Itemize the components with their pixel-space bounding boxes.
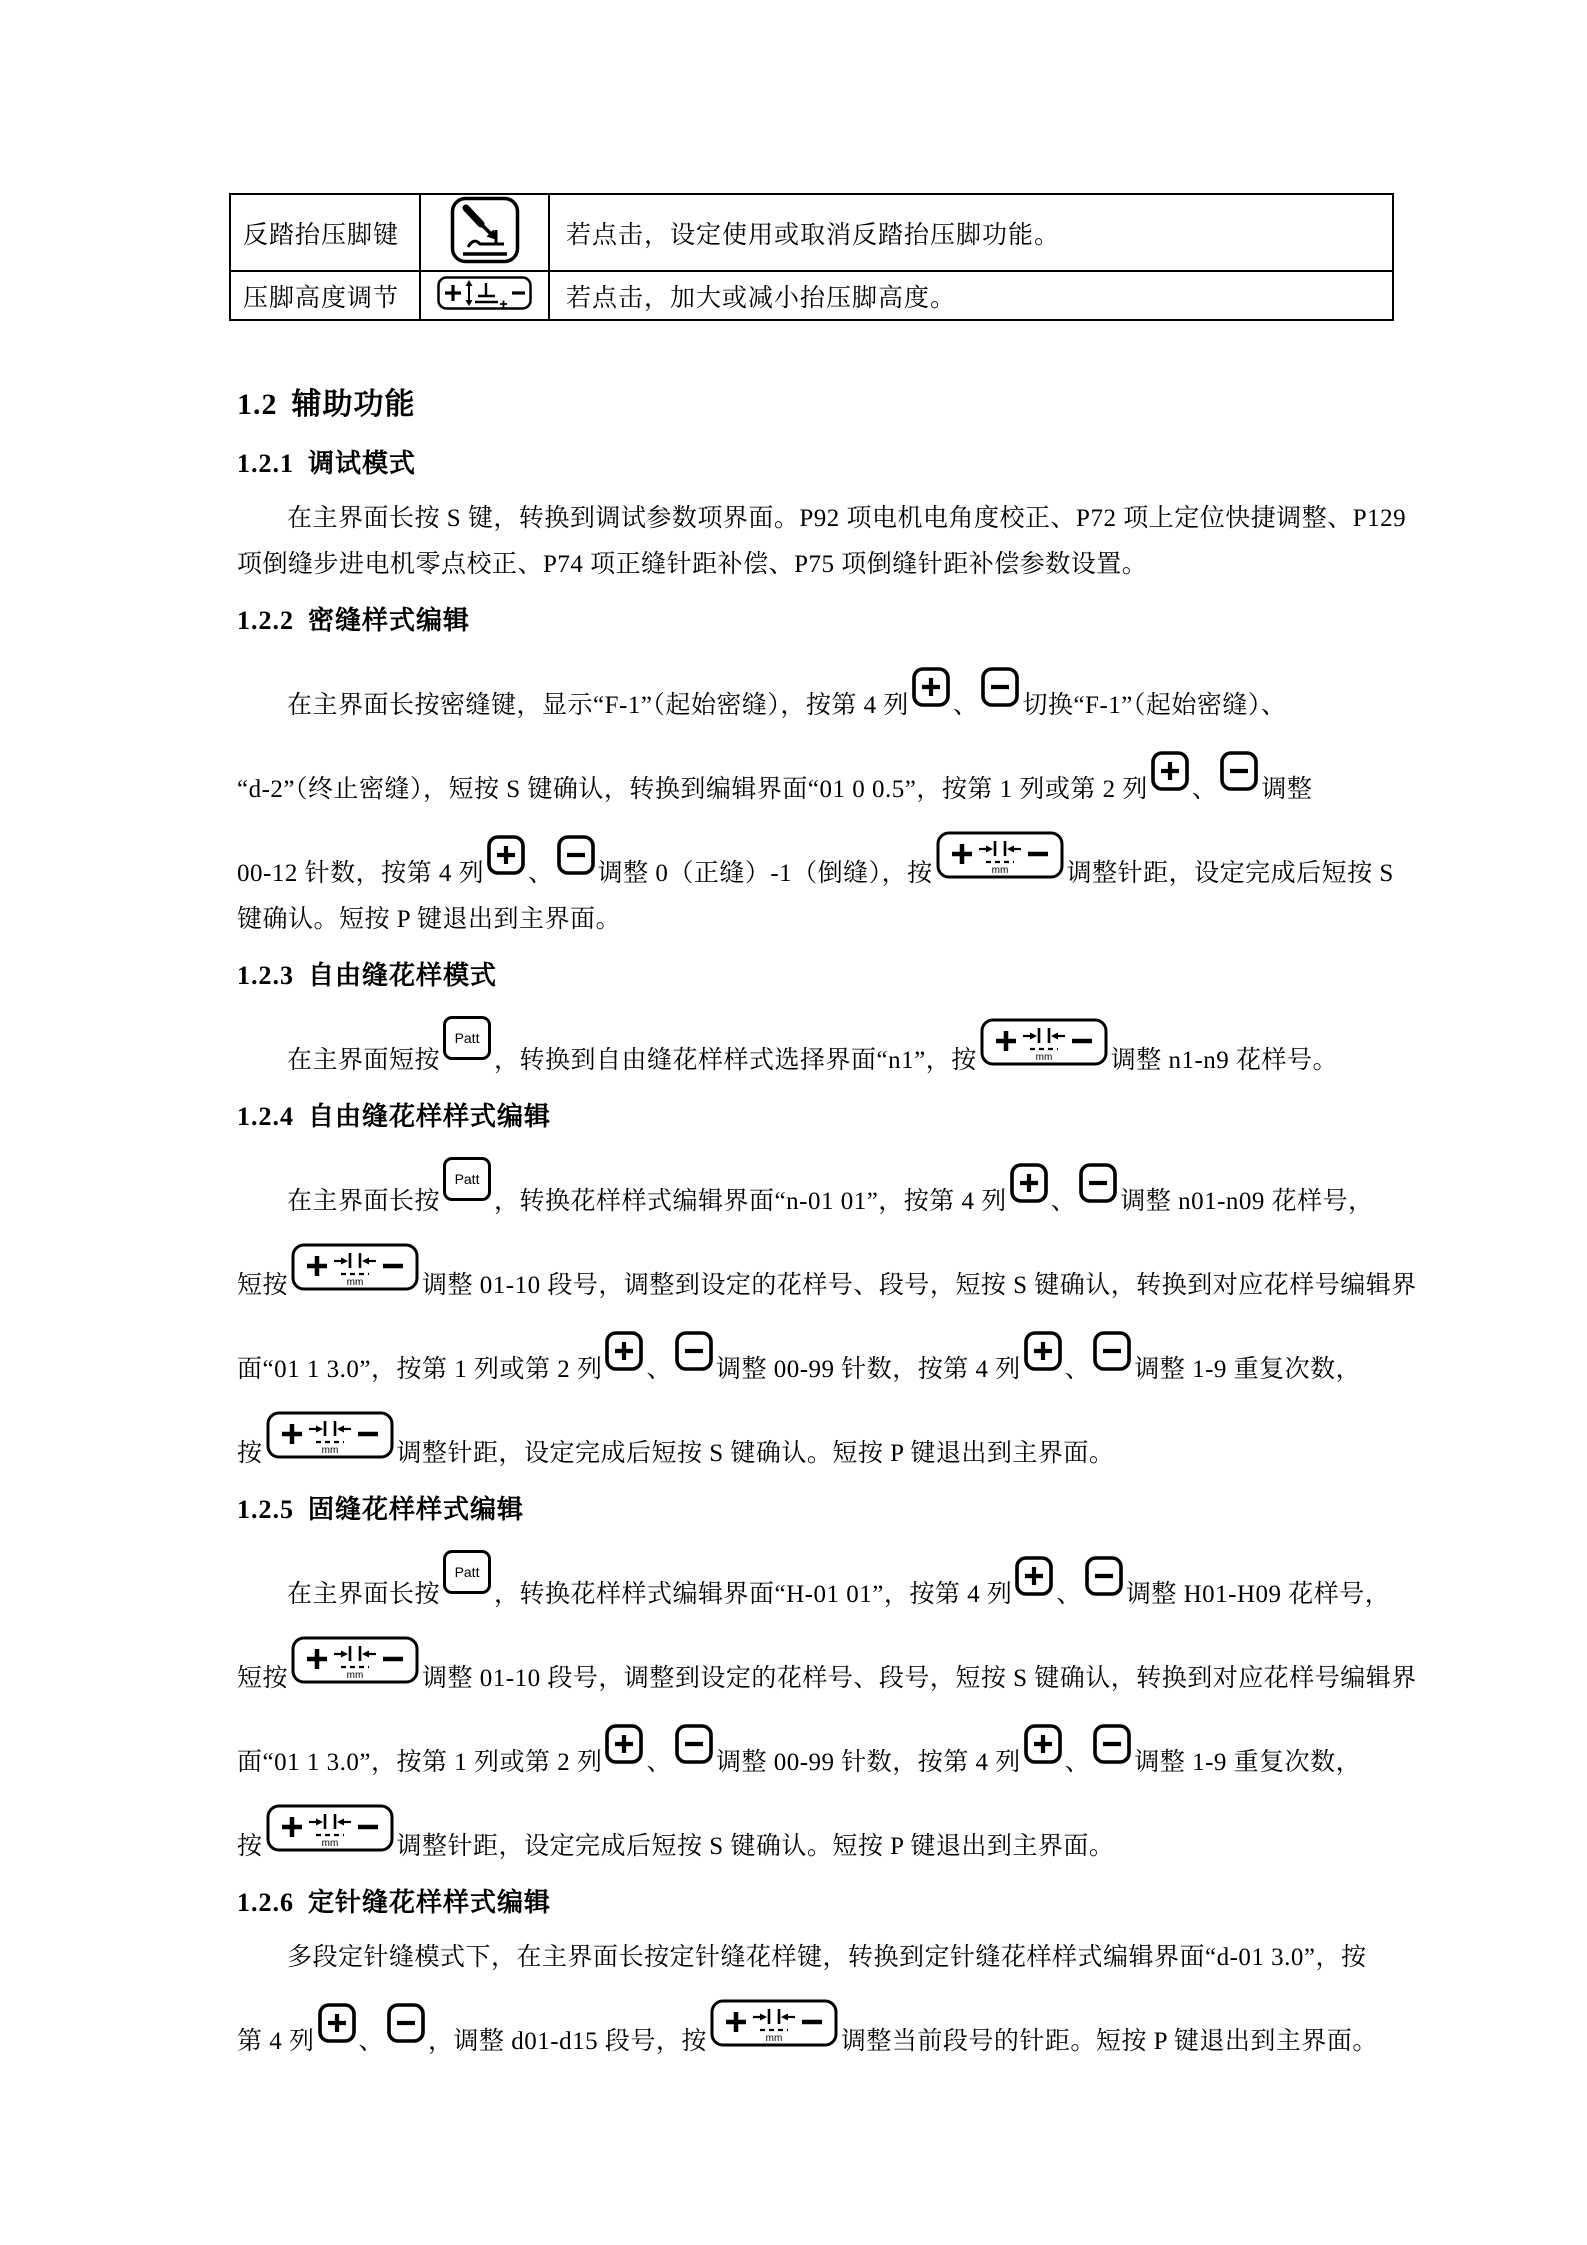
minus-icon — [1093, 1331, 1131, 1371]
text-line: 键确认。短按 P 键退出到主界面。 — [237, 889, 1587, 935]
plus-icon — [1024, 1724, 1062, 1764]
pattern-key-button[interactable]: Patt — [443, 1016, 491, 1060]
text-run: 调整针距，设定完成后短按 S 键确认。短按 P 键退出到主界面。 — [397, 1439, 1115, 1469]
subsection-title: 1.2.4自由缝花样样式编辑 — [237, 1096, 1587, 1133]
subsection-number: 1.2.6 — [237, 1888, 294, 1917]
text-run: 、 — [646, 1748, 672, 1778]
plus-icon — [1010, 1163, 1048, 1203]
minus-key-button[interactable] — [1093, 1724, 1131, 1764]
subsection-heading: 固缝花样样式编辑 — [308, 1495, 524, 1524]
mm-unit-label: mm — [321, 1445, 338, 1456]
stitch-length-icon: mm — [291, 1243, 419, 1291]
subsection-number: 1.2.4 — [237, 1102, 294, 1131]
pattern-key-label: Patt — [455, 1565, 480, 1579]
text-run: 短按 — [237, 1664, 288, 1694]
plus-icon — [912, 667, 950, 707]
minus-key-button[interactable] — [675, 1331, 713, 1371]
text-run: 、 — [1065, 1748, 1091, 1778]
text-line: 短按 mm 调整 01-10 段号，调整到设定的花样号、段号，短按 S 键确认，… — [237, 1217, 1587, 1301]
text-run: 在主界面短按 — [287, 1046, 440, 1076]
subsection-heading: 自由缝花样样式编辑 — [308, 1102, 551, 1131]
text-run: 在主界面长按 — [287, 1580, 440, 1610]
stitch-length-icon: mm — [710, 1999, 838, 2047]
text-run: 按 — [237, 1439, 263, 1469]
text-run: 调整 1-9 重复次数， — [1134, 1748, 1361, 1778]
text-run: “d-2”（终止密缝），短按 S 键确认，转换到编辑界面“01 0 0.5”，按… — [237, 775, 1148, 805]
mm-unit-label: mm — [347, 1670, 364, 1681]
key-name-cell: 反踏抬压脚键 — [230, 194, 420, 271]
text-line: “d-2”（终止密缝），短按 S 键确认，转换到编辑界面“01 0 0.5”，按… — [237, 721, 1587, 805]
plus-key-button[interactable] — [1024, 1724, 1062, 1764]
stitch-length-key-button[interactable]: mm — [266, 1411, 394, 1459]
section-heading: 辅助功能 — [292, 388, 416, 421]
subsection-title: 1.2.5固缝花样样式编辑 — [237, 1489, 1587, 1526]
subsection-heading: 自由缝花样模式 — [308, 961, 497, 990]
stitch-length-key-button[interactable]: mm — [291, 1243, 419, 1291]
subsection-heading: 定针缝花样样式编辑 — [308, 1888, 551, 1917]
subsection-title: 1.2.2密缝样式编辑 — [237, 600, 1587, 637]
minus-key-button[interactable] — [557, 835, 595, 875]
table-row: 反踏抬压脚键 若点击，设定使用或取消反踏抬压脚功能。 — [230, 194, 1393, 271]
mm-unit-label: mm — [347, 1277, 364, 1288]
text-run: 切换“F-1”（起始密缝）、 — [1022, 691, 1286, 721]
stitch-length-icon: mm — [266, 1411, 394, 1459]
section-number: 1.2 — [237, 388, 278, 421]
text-line: 在主界面长按Patt，转换花样样式编辑界面“H-01 01”，按第 4 列、调整… — [237, 1526, 1587, 1610]
text-run: 短按 — [237, 1271, 288, 1301]
plus-icon — [1015, 1556, 1053, 1596]
subsection-body: 在主界面长按密缝键，显示“F-1”（起始密缝），按第 4 列、切换“F-1”（起… — [237, 637, 1587, 935]
text-run: ，转换花样样式编辑界面“n-01 01”，按第 4 列 — [494, 1187, 1007, 1217]
text-line: 面“01 1 3.0”，按第 1 列或第 2 列、调整 00-99 针数，按第 … — [237, 1301, 1587, 1385]
subsection-title: 1.2.6定针缝花样样式编辑 — [237, 1882, 1587, 1919]
text-line: 在主界面长按Patt，转换花样样式编辑界面“n-01 01”，按第 4 列、调整… — [237, 1133, 1587, 1217]
text-run: 、 — [1192, 775, 1218, 805]
minus-icon — [557, 835, 595, 875]
text-run: 调整 01-10 段号，调整到设定的花样号、段号，短按 S 键确认，转换到对应花… — [422, 1664, 1417, 1694]
text-run: 调整针距，设定完成后短按 S 键确认。短按 P 键退出到主界面。 — [397, 1832, 1115, 1862]
text-run: 调整 00-99 针数，按第 4 列 — [716, 1748, 1021, 1778]
minus-icon — [675, 1724, 713, 1764]
plus-key-button[interactable] — [1015, 1556, 1053, 1596]
text-run: ，调整 d01-d15 段号，按 — [428, 2027, 707, 2057]
minus-key-button[interactable] — [1220, 751, 1258, 791]
text-line: 短按 mm 调整 01-10 段号，调整到设定的花样号、段号，短按 S 键确认，… — [237, 1610, 1587, 1694]
subsections: 1.2.1调试模式在主界面长按 S 键，转换到调试参数项界面。P92 项电机电角… — [229, 443, 1587, 2057]
subsection-body: 在主界面长按Patt，转换花样样式编辑界面“n-01 01”，按第 4 列、调整… — [237, 1133, 1587, 1469]
text-run: 、 — [646, 1355, 672, 1385]
text-run: 调整 00-99 针数，按第 4 列 — [716, 1355, 1021, 1385]
text-run: 在主界面长按密缝键，显示“F-1”（起始密缝），按第 4 列 — [287, 691, 909, 721]
subsection-number: 1.2.5 — [237, 1495, 294, 1524]
plus-key-button[interactable] — [1151, 751, 1189, 791]
minus-icon — [1093, 1724, 1131, 1764]
text-run: 项倒缝步进电机零点校正、P74 项正缝针距补偿、P75 项倒缝针距补偿参数设置。 — [237, 550, 1147, 580]
key-icon-cell — [420, 271, 549, 320]
text-run: 调整 n01-n09 花样号， — [1120, 1187, 1373, 1217]
pattern-key-label: Patt — [455, 1031, 480, 1045]
mm-unit-label: mm — [991, 865, 1008, 876]
text-run: 多段定针缝模式下，在主界面长按定针缝花样键，转换到定针缝花样样式编辑界面“d-0… — [287, 1943, 1367, 1973]
minus-icon — [387, 2003, 425, 2043]
subsection-number: 1.2.2 — [237, 606, 294, 635]
minus-key-button[interactable] — [1079, 1163, 1117, 1203]
text-run: 在主界面长按 — [287, 1187, 440, 1217]
minus-icon — [1079, 1163, 1117, 1203]
key-icon-cell — [420, 194, 549, 271]
plus-key-button[interactable] — [487, 835, 525, 875]
table-row: 压脚高度调节 若点击，加大或减小抬压脚高度。 — [230, 271, 1393, 320]
minus-icon — [1085, 1556, 1123, 1596]
minus-icon — [675, 1331, 713, 1371]
stitch-length-key-button[interactable]: mm — [266, 1804, 394, 1852]
stitch-length-key-button[interactable]: mm — [936, 831, 1064, 879]
plus-key-button[interactable] — [605, 1331, 643, 1371]
plus-key-button[interactable] — [605, 1724, 643, 1764]
stitch-length-icon: mm — [980, 1018, 1108, 1066]
plus-key-button[interactable] — [318, 2003, 356, 2043]
text-run: 调整 1-9 重复次数， — [1134, 1355, 1361, 1385]
mm-unit-label: mm — [1035, 1052, 1052, 1063]
text-run: 调整 H01-H09 花样号， — [1126, 1580, 1390, 1610]
text-run: 面“01 1 3.0”，按第 1 列或第 2 列 — [237, 1355, 602, 1385]
text-line: 在主界面短按Patt，转换到自由缝花样样式选择界面“n1”，按 mm 调整 n1… — [237, 992, 1587, 1076]
pattern-key-label: Patt — [455, 1172, 480, 1186]
plus-key-button[interactable] — [1010, 1163, 1048, 1203]
plus-icon — [605, 1331, 643, 1371]
mm-unit-label: mm — [766, 2033, 783, 2044]
plus-icon — [318, 2003, 356, 2043]
stitch-length-icon: mm — [936, 831, 1064, 879]
text-line: 按 mm 调整针距，设定完成后短按 S 键确认。短按 P 键退出到主界面。 — [237, 1778, 1587, 1862]
text-run: 、 — [528, 859, 554, 889]
plus-key-button[interactable] — [1024, 1331, 1062, 1371]
text-run: 第 4 列 — [237, 2027, 315, 2057]
text-run: ，转换花样样式编辑界面“H-01 01”，按第 4 列 — [494, 1580, 1012, 1610]
subsection-title: 1.2.1调试模式 — [237, 443, 1587, 480]
text-run: 键确认。短按 P 键退出到主界面。 — [237, 905, 621, 935]
stitch-length-icon: mm — [266, 1804, 394, 1852]
subsection-heading: 调试模式 — [308, 449, 416, 478]
plus-key-button[interactable] — [912, 667, 950, 707]
plus-icon — [1024, 1331, 1062, 1371]
text-run: 调整 n1-n9 花样号。 — [1111, 1046, 1338, 1076]
minus-key-button[interactable] — [1085, 1556, 1123, 1596]
text-line: 第 4 列、，调整 d01-d15 段号，按 mm 调整当前段号的针距。短按 P… — [237, 1973, 1587, 2057]
text-run: 调整 01-10 段号，调整到设定的花样号、段号，短按 S 键确认，转换到对应花… — [422, 1271, 1417, 1301]
key-description-cell: 若点击，设定使用或取消反踏抬压脚功能。 — [549, 194, 1393, 271]
subsection-body: 在主界面短按Patt，转换到自由缝花样样式选择界面“n1”，按 mm 调整 n1… — [237, 992, 1587, 1076]
foot-height-adjust-icon — [437, 276, 532, 310]
text-run: 、 — [359, 2027, 385, 2057]
text-line: 在主界面长按密缝键，显示“F-1”（起始密缝），按第 4 列、切换“F-1”（起… — [237, 637, 1587, 721]
subsection-number: 1.2.1 — [237, 449, 294, 478]
text-line: 多段定针缝模式下，在主界面长按定针缝花样键，转换到定针缝花样样式编辑界面“d-0… — [237, 1927, 1587, 1973]
text-run: ，转换到自由缝花样样式选择界面“n1”，按 — [494, 1046, 977, 1076]
stitch-length-key-button[interactable]: mm — [291, 1636, 419, 1684]
text-line: 按 mm 调整针距，设定完成后短按 S 键确认。短按 P 键退出到主界面。 — [237, 1385, 1587, 1469]
minus-icon — [1220, 751, 1258, 791]
minus-icon — [981, 667, 1019, 707]
subsection-number: 1.2.3 — [237, 961, 294, 990]
text-line: 项倒缝步进电机零点校正、P74 项正缝针距补偿、P75 项倒缝针距补偿参数设置。 — [237, 534, 1587, 580]
pattern-key-button[interactable]: Patt — [443, 1550, 491, 1594]
text-line: 面“01 1 3.0”，按第 1 列或第 2 列、调整 00-99 针数，按第 … — [237, 1694, 1587, 1778]
subsection-heading: 密缝样式编辑 — [308, 606, 470, 635]
minus-key-button[interactable] — [387, 2003, 425, 2043]
subsection-body: 在主界面长按Patt，转换花样样式编辑界面“H-01 01”，按第 4 列、调整… — [237, 1526, 1587, 1862]
subsection-body: 多段定针缝模式下，在主界面长按定针缝花样键，转换到定针缝花样样式编辑界面“d-0… — [237, 1927, 1587, 2057]
text-run: 00-12 针数，按第 4 列 — [237, 859, 484, 889]
key-name-cell: 压脚高度调节 — [230, 271, 420, 320]
minus-key-button[interactable] — [981, 667, 1019, 707]
key-description-cell: 若点击，加大或减小抬压脚高度。 — [549, 271, 1393, 320]
subsection-body: 在主界面长按 S 键，转换到调试参数项界面。P92 项电机电角度校正、P72 项… — [237, 488, 1587, 580]
plus-icon — [605, 1724, 643, 1764]
plus-icon — [1151, 751, 1189, 791]
page-content: 反踏抬压脚键 若点击，设定使用或取消反踏抬压脚功能。 压脚高度调节 — [0, 0, 1587, 2057]
text-run: 按 — [237, 1832, 263, 1862]
foot-height-adjust-key-button[interactable] — [437, 276, 532, 310]
text-run: 、 — [953, 691, 979, 721]
text-run: 调整 — [1261, 775, 1312, 805]
stitch-length-key-button[interactable]: mm — [980, 1018, 1108, 1066]
stitch-length-icon: mm — [291, 1636, 419, 1684]
text-run: 调整当前段号的针距。短按 P 键退出到主界面。 — [841, 2027, 1378, 2057]
pattern-key-button[interactable]: Patt — [443, 1157, 491, 1201]
text-run: 、 — [1056, 1580, 1082, 1610]
key-function-table: 反踏抬压脚键 若点击，设定使用或取消反踏抬压脚功能。 压脚高度调节 — [229, 193, 1394, 321]
manual-page: 反踏抬压脚键 若点击，设定使用或取消反踏抬压脚功能。 压脚高度调节 — [0, 0, 1587, 2245]
pedal-foot-lift-key-button[interactable] — [450, 196, 520, 264]
mm-unit-label: mm — [321, 1838, 338, 1849]
plus-icon — [487, 835, 525, 875]
text-run: 在主界面长按 S 键，转换到调试参数项界面。P92 项电机电角度校正、P72 项… — [287, 504, 1406, 534]
text-line: 在主界面长按 S 键，转换到调试参数项界面。P92 项电机电角度校正、P72 项… — [237, 488, 1587, 534]
text-run: 面“01 1 3.0”，按第 1 列或第 2 列 — [237, 1748, 602, 1778]
pedal-foot-lift-icon — [450, 196, 520, 264]
text-run: 、 — [1065, 1355, 1091, 1385]
minus-key-button[interactable] — [675, 1724, 713, 1764]
section-title: 1.2辅助功能 — [237, 379, 1587, 423]
subsection-title: 1.2.3自由缝花样模式 — [237, 955, 1587, 992]
text-run: 调整针距，设定完成后短按 S — [1067, 859, 1394, 889]
text-run: 调整 0（正缝）-1（倒缝），按 — [598, 859, 933, 889]
stitch-length-key-button[interactable]: mm — [710, 1999, 838, 2047]
text-run: 、 — [1051, 1187, 1077, 1217]
minus-key-button[interactable] — [1093, 1331, 1131, 1371]
text-line: 00-12 针数，按第 4 列、调整 0（正缝）-1（倒缝），按 mm 调整针距… — [237, 805, 1587, 889]
